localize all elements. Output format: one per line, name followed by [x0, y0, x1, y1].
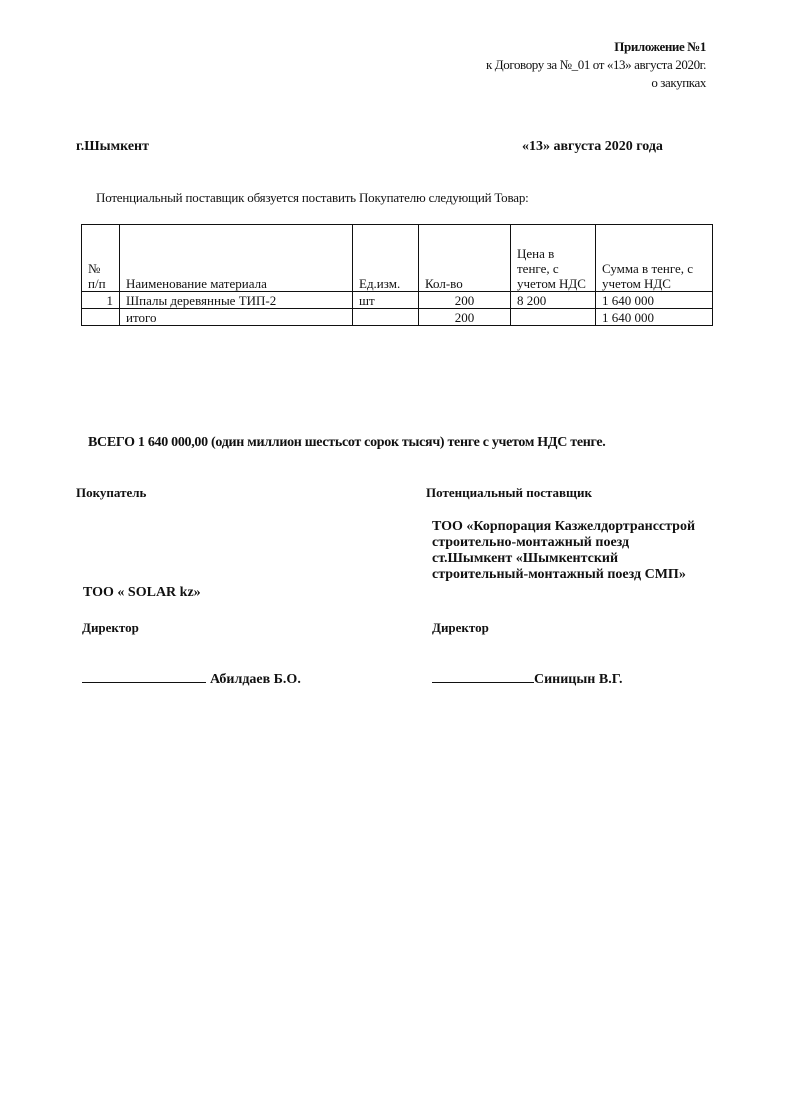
supplier-position: Директор	[432, 620, 489, 636]
cell-sum: 1 640 000	[596, 309, 713, 326]
buyer-signatory: Абилдаев Б.О.	[210, 672, 301, 687]
buyer-position: Директор	[82, 620, 139, 636]
document-date: «13» августа 2020 года	[522, 139, 663, 155]
supplier-heading: Потенциальный поставщик	[426, 485, 592, 501]
signature-line	[82, 669, 206, 683]
col-header-price: Цена в тенге, с учетом НДС	[511, 225, 596, 292]
col-header-no: № п/п	[82, 225, 120, 292]
appendix-header: Приложение №1 к Договору за №_01 от «13»…	[486, 38, 706, 92]
contract-subject: о закупках	[486, 74, 706, 92]
cell-sum: 1 640 000	[596, 292, 713, 309]
supplier-name: ТОО «Корпорация Казжелдортрансстрой стро…	[432, 519, 695, 583]
goods-table: № п/п Наименование материала Ед.изм. Кол…	[81, 224, 713, 326]
cell-name: итого	[120, 309, 353, 326]
cell-unit: шт	[353, 292, 419, 309]
col-header-no-text: № п/п	[88, 261, 106, 291]
cell-qty: 200	[419, 292, 511, 309]
supplier-name-line: ТОО «Корпорация Казжелдортрансстрой	[432, 519, 695, 535]
place: г.Шымкент	[76, 139, 149, 155]
cell-unit	[353, 309, 419, 326]
cell-no: 1	[82, 292, 120, 309]
contract-reference: к Договору за №_01 от «13» августа 2020г…	[486, 56, 706, 74]
supplier-signature: Синицын В.Г.	[432, 669, 623, 688]
intro-text: Потенциальный поставщик обязуется постав…	[96, 190, 529, 206]
grand-total-text: ВСЕГО 1 640 000,00 (один миллион шестьсо…	[88, 435, 605, 451]
cell-price	[511, 309, 596, 326]
table-row: 1 Шпалы деревянные ТИП-2 шт 200 8 200 1 …	[82, 292, 713, 309]
buyer-name: ТОО « SOLAR kz»	[83, 585, 201, 601]
supplier-signatory: Синицын В.Г.	[534, 672, 623, 687]
col-header-qty: Кол-во	[419, 225, 511, 292]
table-total-row: итого 200 1 640 000	[82, 309, 713, 326]
table-header-row: № п/п Наименование материала Ед.изм. Кол…	[82, 225, 713, 292]
cell-qty: 200	[419, 309, 511, 326]
col-header-name: Наименование материала	[120, 225, 353, 292]
buyer-signature: Абилдаев Б.О.	[82, 669, 301, 688]
appendix-title: Приложение №1	[486, 38, 706, 56]
col-header-sum: Сумма в тенге, с учетом НДС	[596, 225, 713, 292]
cell-price: 8 200	[511, 292, 596, 309]
supplier-name-line: строительный-монтажный поезд СМП»	[432, 567, 695, 583]
signature-line	[432, 669, 534, 683]
supplier-name-line: ст.Шымкент «Шымкентский	[432, 551, 695, 567]
col-header-unit: Ед.изм.	[353, 225, 419, 292]
cell-name: Шпалы деревянные ТИП-2	[120, 292, 353, 309]
cell-no	[82, 309, 120, 326]
supplier-name-line: строительно-монтажный поезд	[432, 535, 695, 551]
buyer-heading: Покупатель	[76, 485, 146, 501]
